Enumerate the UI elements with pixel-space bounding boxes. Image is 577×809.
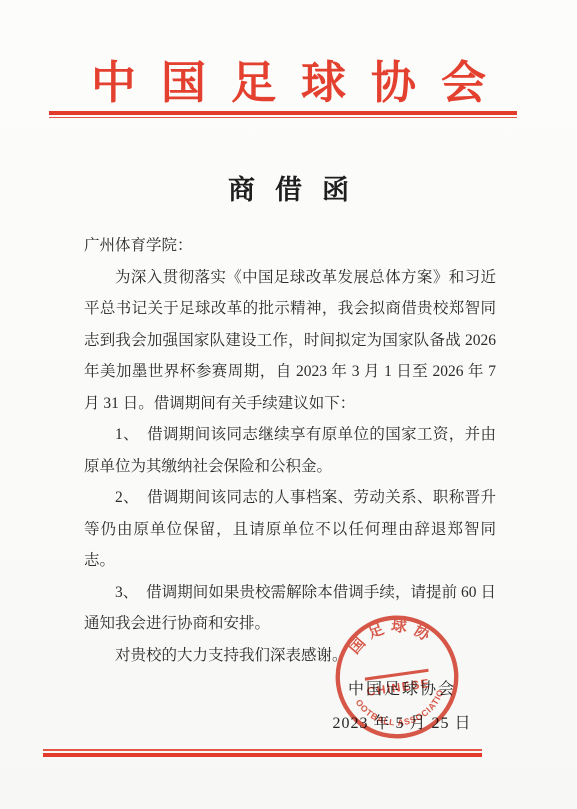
signature-date: 2023 年 5 月 25 日 xyxy=(292,710,512,733)
letterhead-org-name: 中国足球协会 xyxy=(0,46,577,111)
paragraph-item-2: 2、 借调期间该同志的人事档案、劳动关系、职称晋升等仍由原单位保留，且请原单位不… xyxy=(84,482,496,577)
paragraph-intro: 为深入贯彻落实《中国足球改革发展总体方案》和习近平总书记关于足球改革的批示精神，… xyxy=(84,262,496,420)
footer-rule xyxy=(43,749,482,757)
letterhead-rule xyxy=(49,111,517,118)
letter-body: 广州体育学院： 为深入贯彻落实《中国足球改革发展总体方案》和习近平总书记关于足球… xyxy=(84,230,496,671)
letter-page: 中国足球协会 商借函 广州体育学院： 为深入贯彻落实《中国足球改革发展总体方案》… xyxy=(0,0,577,809)
footer-rule-thick xyxy=(43,753,482,757)
paragraph-closing: 对贵校的大力支持我们深表感谢。 xyxy=(84,640,496,672)
letterhead-rule-thin xyxy=(49,117,517,119)
paragraph-item-1: 1、 借调期间该同志继续享有原单位的国家工资，并由原单位为其缴纳社会保险和公积金… xyxy=(84,419,496,482)
signature-org-name: 中国足球协会 xyxy=(292,676,512,699)
signature-block: 中国足球协会 2023 年 5 月 25 日 xyxy=(292,676,512,733)
salutation: 广州体育学院： xyxy=(84,230,496,262)
document-title: 商借函 xyxy=(0,168,577,207)
paragraph-item-3: 3、 借调期间如果贵校需解除本借调手续，请提前 60 日通知我会进行协商和安排。 xyxy=(84,577,496,640)
